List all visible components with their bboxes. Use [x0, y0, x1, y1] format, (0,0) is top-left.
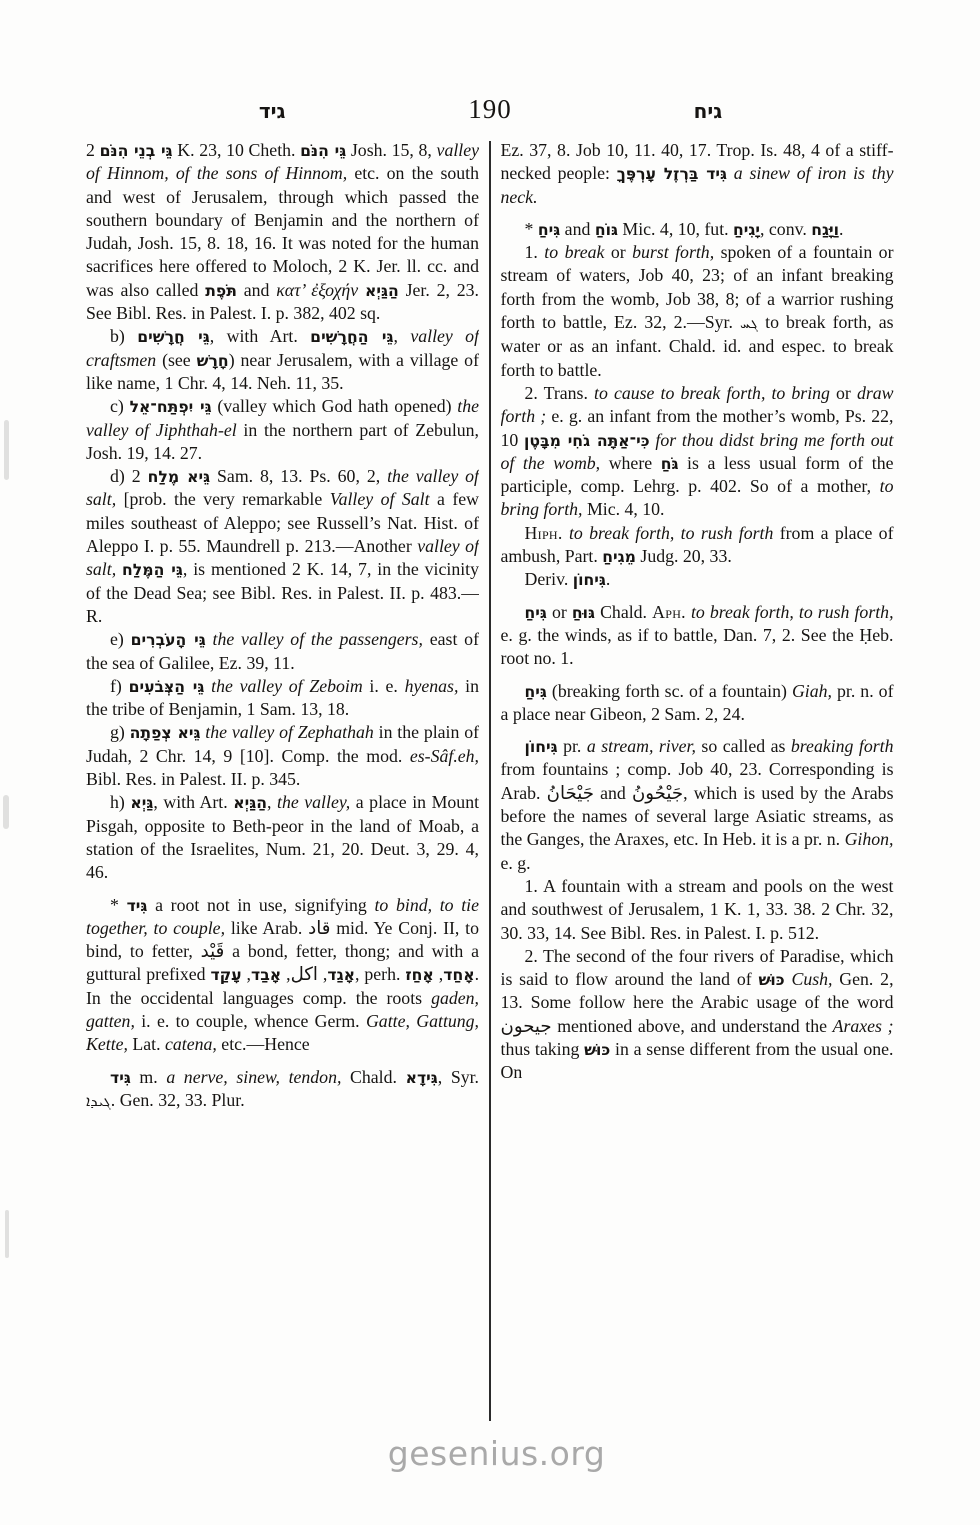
text-run: , perh.	[355, 964, 405, 984]
italic-text: to break forth, to rush forth	[569, 523, 773, 543]
grammar-form-label: Hiph.	[525, 523, 563, 543]
text-run: [prob. the very remarkable	[116, 489, 330, 509]
text-run: *	[525, 219, 538, 239]
italic-text: hyenas,	[405, 676, 459, 696]
text-run: Mic. 4, 10.	[583, 499, 665, 519]
text-run: and	[237, 280, 276, 300]
italic-text: es-Sâf.eh,	[410, 746, 479, 766]
scan-artifact	[5, 1210, 9, 1258]
hebrew-text: גִּיחַ	[525, 682, 547, 701]
text-run: 1.	[525, 242, 545, 262]
text-run: a root not in use, signifying	[147, 895, 374, 915]
text-run: Chald.	[341, 1067, 405, 1087]
text-run: (see	[156, 350, 196, 370]
italic-text: to break forth, to rush forth,	[691, 602, 894, 622]
paragraph: גִּיחוֹן pr. a stream, river, so called …	[501, 735, 894, 875]
italic-text: the valley of the passengers,	[213, 629, 423, 649]
text-run: or	[830, 383, 857, 403]
hebrew-text: גֵּי בְנֵי הִנֹּם	[100, 141, 173, 160]
text-run: and	[594, 783, 632, 803]
text-run: ,	[318, 964, 327, 984]
text-run: , with Art.	[153, 792, 233, 812]
text-run: ,	[267, 792, 277, 812]
hebrew-text: אָגַד	[327, 965, 355, 984]
hebrew-text: וַיָּגַח	[811, 220, 839, 239]
text-run: i. e. to couple, whence Germ.	[135, 1011, 366, 1031]
hebrew-text: גֵּי יִפְתַּח־אֵל	[130, 397, 212, 416]
text-run: Lat.	[128, 1034, 165, 1054]
hebrew-text: מֵגִיחַ	[602, 547, 636, 566]
italic-text: the valley,	[277, 792, 350, 812]
page-number: 190	[454, 94, 526, 125]
text-run: etc.—Hence	[217, 1034, 310, 1054]
column-divider	[489, 141, 491, 1421]
text-run: . Gen. 32, 33. Plur.	[111, 1090, 245, 1110]
column-left: גֵּי בְנֵי הִנֹּם 2 K. 23, 10 Cheth. גֵּ…	[86, 139, 479, 1427]
paragraph: 1. A fountain with a stream and pools on…	[501, 875, 894, 945]
text-run: d)	[110, 466, 132, 486]
hebrew-text: גִּיד	[110, 1068, 131, 1087]
text-run: g)	[110, 722, 130, 742]
paragraph: d) גֵּיא מֶלַח 2 Sam. 8, 13. Ps. 60, 2, …	[86, 465, 479, 628]
text-run	[358, 280, 365, 300]
italic-text: catena,	[165, 1034, 217, 1054]
italic-text: the valley of Zephathah	[205, 722, 374, 742]
italic-text: a nerve, sinew, tendon,	[166, 1067, 341, 1087]
text-run: Chald.	[595, 602, 652, 622]
text-run: where	[600, 453, 661, 473]
greek-text: κατ’ ἐξοχήν	[276, 280, 358, 300]
paragraph: גִּיד m. a nerve, sinew, tendon, Chald. …	[86, 1066, 479, 1114]
paragraph: 1. to break or burst forth, spoken of a …	[501, 241, 894, 382]
text-run: e. g. the winds, as if to battle, Dan. 7…	[501, 625, 894, 668]
text-run: Deriv.	[525, 569, 573, 589]
italic-text: a stream, river,	[587, 736, 696, 756]
paragraph: Deriv. גִּיחוֹן.	[501, 568, 894, 591]
text-run: Bibl. Res. in Palest. II. p. 345.	[86, 769, 300, 789]
text-run: c)	[110, 396, 130, 416]
text-run: e)	[110, 629, 131, 649]
grammar-form-label: Aph.	[652, 602, 686, 622]
italic-text: Gihon,	[845, 829, 894, 849]
paragraph: f) גֵּי הַצְּבֹעִים the valley of Zeboim…	[86, 675, 479, 722]
book-page: גיד 190 גיח גֵּי בְנֵי הִנֹּם 2 K. 23, 1…	[0, 0, 980, 1525]
text-run: or	[604, 242, 632, 262]
scan-artifact	[3, 795, 9, 829]
text-run: Judg. 20, 33.	[636, 546, 732, 566]
header-keyword-right: גיח	[526, 99, 890, 123]
italic-text: the valley of Zeboim	[211, 676, 363, 696]
hebrew-text: גֵּי הָעֹבְרִים	[131, 630, 206, 649]
text-run: Josh. 15, 8,	[346, 140, 436, 160]
text-run: mentioned above, and understand the	[552, 1016, 833, 1036]
text-run: .	[606, 569, 610, 589]
arabic-text: اكل	[291, 964, 318, 985]
text-run: i. e.	[363, 676, 405, 696]
italic-text: Valley of Salt	[330, 489, 430, 509]
hebrew-text: כּוּשׁ	[584, 1040, 610, 1059]
hebrew-text: חָרָשׁ	[197, 351, 229, 370]
text-run: f)	[110, 676, 129, 696]
hebrew-text: גִּיד בַּרְזֶל עָרְפֶּךָ	[617, 164, 727, 183]
hebrew-text: גֹּחַ	[661, 454, 679, 473]
hebrew-text: יָגִיחַ	[733, 220, 760, 239]
text-run: h)	[110, 792, 130, 812]
hebrew-text: גֵּי חֲרָשִׁים	[137, 327, 210, 346]
hebrew-text: תֹּפֶת	[205, 281, 237, 300]
italic-text: Cush,	[791, 969, 832, 989]
text-run: *	[110, 895, 127, 915]
italic-text: burst forth,	[632, 242, 714, 262]
text-run: m.	[131, 1067, 166, 1087]
arabic-text: جَيْحَانُ	[547, 783, 594, 804]
hebrew-text: גִּיחַ	[538, 220, 560, 239]
text-run: thus taking	[501, 1039, 585, 1059]
hebrew-text: אָחַז	[405, 965, 433, 984]
watermark: gesenius.org	[388, 1434, 606, 1473]
arabic-text: جَيْحُونُ	[632, 783, 683, 804]
text-run	[727, 163, 734, 183]
syriac-text: ܓܚ	[740, 314, 758, 332]
hebrew-text: גּוּחַ	[572, 603, 595, 622]
text-run: (valley which God hath opened)	[212, 396, 458, 416]
paragraph: * גִּיחַ and גּוֹחַ Mic. 4, 10, fut. יָג…	[501, 218, 894, 241]
hebrew-text: כִּי־אַתָּה גֹחִי מִבָּטֶן	[524, 431, 650, 450]
hebrew-text: עָקַד	[210, 965, 241, 984]
dictionary-body: גֵּי בְנֵי הִנֹּם 2 K. 23, 10 Cheth. גֵּ…	[86, 139, 894, 1427]
text-run: , conv.	[760, 219, 811, 239]
paragraph: גִּיחַ (breaking forth sc. of a fountain…	[501, 680, 894, 727]
text-run: e. g.	[501, 853, 531, 873]
hebrew-text: הַגַּיְא	[233, 793, 267, 812]
arabic-text: قاد	[308, 918, 330, 939]
hebrew-text: גִּיחוֹן	[525, 737, 558, 756]
paragraph: Hiph. to break forth, to rush forth from…	[501, 522, 894, 569]
page-header: גיד 190 גיח	[90, 0, 890, 125]
hebrew-text: גִּיחַ	[525, 603, 547, 622]
italic-text: breaking forth	[791, 736, 894, 756]
syriac-text: ܓܝܕܐ	[86, 1092, 111, 1110]
hebrew-text: גֵּי הַחֲרָשִׁים	[310, 327, 393, 346]
paragraph: גִּיחַ or גּוּחַ Chald. Aph. to break fo…	[501, 601, 894, 671]
hebrew-text: גַּיְא	[130, 793, 153, 812]
hebrew-text: אָחַד	[443, 965, 474, 984]
italic-text: to break	[544, 242, 604, 262]
text-run: (breaking forth sc. of a fountain)	[547, 681, 792, 701]
column-right: Ez. 37, 8. Job 10, 11. 40, 17. Trop. Is.…	[501, 139, 894, 1427]
hebrew-text: גּוֹחַ	[595, 220, 618, 239]
hebrew-text: כּוּשׁ	[759, 970, 785, 989]
hebrew-text: גֵּיא מֶלַח	[148, 467, 211, 486]
text-run: so called as	[696, 736, 791, 756]
italic-text: Giah,	[792, 681, 832, 701]
text-run	[206, 629, 213, 649]
hebrew-text: גֵּי הַצְּבֹעִים	[129, 677, 205, 696]
arabic-text: قَيْد	[201, 941, 225, 962]
paragraph: e) גֵּי הָעֹבְרִים the valley of the pas…	[86, 628, 479, 675]
paragraph: h) גַּיְא, with Art. הַגַּיְא, the valle…	[86, 791, 479, 884]
paragraph: * גִּיד a root not in use, signifying to…	[86, 894, 479, 1057]
paragraph: c) גֵּי יִפְתַּח־אֵל (valley which God h…	[86, 395, 479, 465]
text-run: ,	[394, 326, 411, 346]
header-keyword-left: גיד	[90, 99, 454, 123]
text-run: ,	[281, 964, 290, 984]
arabic-text: جيحون	[501, 1016, 552, 1037]
hebrew-text: גֵּיא צְפַתָה	[130, 723, 201, 742]
hebrew-text: גֵּי הַמֶּלַח	[122, 560, 183, 579]
text-run: like Arab.	[225, 918, 308, 938]
italic-text: Araxes ;	[833, 1016, 894, 1036]
paragraph: g) גֵּיא צְפַתָה the valley of Zephathah…	[86, 721, 479, 791]
text-run: b)	[110, 326, 137, 346]
text-run: and	[560, 219, 595, 239]
text-run: .	[839, 219, 843, 239]
italic-text: to cause to break forth, to bring	[594, 383, 830, 403]
hebrew-text: אָבַד	[251, 965, 281, 984]
paragraph: Ez. 37, 8. Job 10, 11. 40, 17. Trop. Is.…	[501, 139, 894, 209]
paragraph: גֵּי בְנֵי הִנֹּם 2 K. 23, 10 Cheth. גֵּ…	[86, 139, 479, 325]
scan-artifact	[4, 420, 9, 480]
text-run: 1. A fountain with a stream and pools on…	[501, 876, 894, 943]
text-run: ,	[242, 964, 251, 984]
hebrew-text: גֵּי הִנֹּם	[300, 141, 346, 160]
text-run: or	[547, 602, 572, 622]
text-run: ,	[434, 964, 443, 984]
text-run: , with Art.	[210, 326, 310, 346]
hebrew-text: גִּידָא	[406, 1068, 438, 1087]
hebrew-text: הַגַּיְא	[365, 281, 399, 300]
hebrew-text: גִּיחוֹן	[573, 570, 606, 589]
text-run: Mic. 4, 10, fut.	[618, 219, 733, 239]
hebrew-text: גִּיד	[127, 896, 148, 915]
paragraph: 2. Trans. to cause to break forth, to br…	[501, 382, 894, 522]
paragraph: 2. The second of the four rivers of Para…	[501, 945, 894, 1085]
text-run: , Syr.	[438, 1067, 479, 1087]
text-run: 2. Trans.	[525, 383, 595, 403]
paragraph: b) גֵּי חֲרָשִׁים, with Art. גֵּי הַחֲרָ…	[86, 325, 479, 395]
text-run: pr.	[558, 736, 587, 756]
